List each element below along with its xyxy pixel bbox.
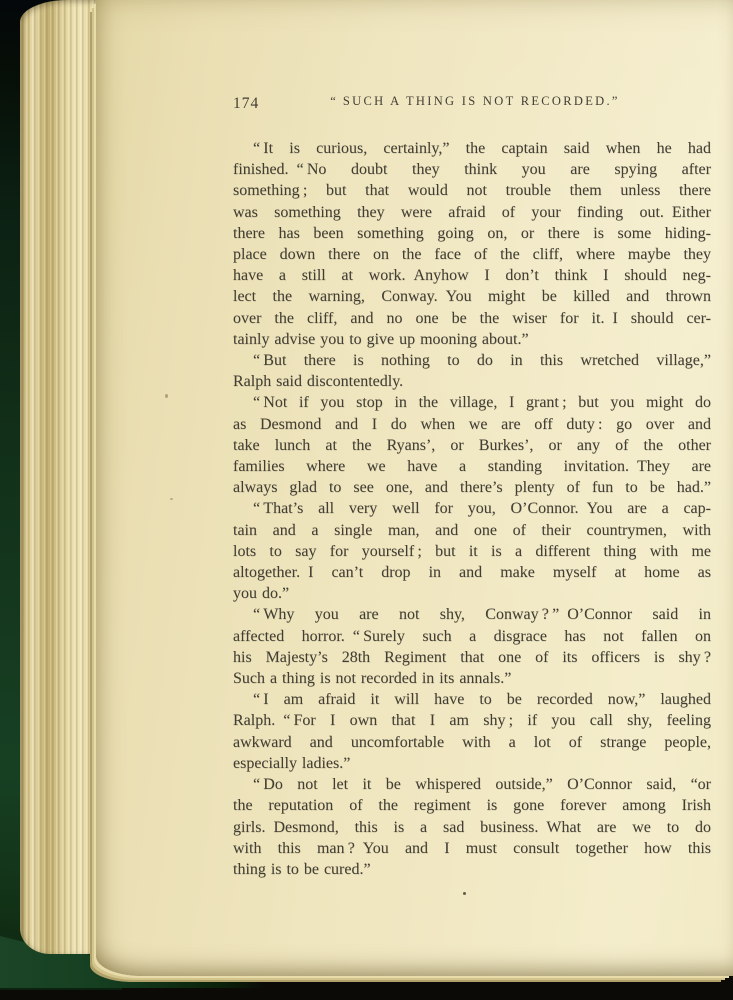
text-line: Ralph. “ For I own that I am shy ; if yo… (233, 710, 711, 731)
text-line: “ Do not let it be whispered outside,” O… (233, 774, 711, 795)
page-edges-stack (20, 0, 102, 954)
text-line: as Desmond and I do when we are off duty… (233, 414, 711, 435)
page-header: 174 “ SUCH A THING IS NOT RECORDED.” (233, 94, 711, 114)
text-line: with this man ? You and I must consult t… (233, 838, 711, 859)
text-line: always glad to see one, and there’s plen… (233, 477, 711, 498)
text-line: affected horror. “ Surely such a disgrac… (233, 626, 711, 647)
text-line: thing is to be cured.” (233, 859, 711, 880)
ink-speck (170, 498, 173, 500)
text-line: his Majesty’s 28th Regiment that one of … (233, 647, 711, 668)
book-photo: 174 “ SUCH A THING IS NOT RECORDED.” “ I… (0, 0, 733, 1000)
page-number: 174 (233, 95, 259, 113)
text-line: there has been something going on, or th… (233, 223, 711, 244)
page-text: “ It is curious, certainly,” the captain… (233, 138, 711, 880)
ink-speck (165, 394, 168, 398)
text-line: lots to say for yourself ; but it is a d… (233, 541, 711, 562)
text-line: you do.” (233, 583, 711, 604)
text-line: the reputation of the regiment is gone f… (233, 795, 711, 816)
text-line: place down there on the face of the clif… (233, 244, 711, 265)
text-line: tain and a single man, and one of their … (233, 520, 711, 541)
running-header: “ SUCH A THING IS NOT RECORDED.” (233, 94, 711, 109)
text-line: altogether. I can’t drop in and make mys… (233, 562, 711, 583)
text-line: over the cliff, and no one be the wiser … (233, 308, 711, 329)
text-line: something ; but that would not trouble t… (233, 180, 711, 201)
text-line: “ But there is nothing to do in this wre… (233, 350, 711, 371)
text-line: have a still at work. Anyhow I don’t thi… (233, 265, 711, 286)
text-line: was something they were afraid of your f… (233, 202, 711, 223)
text-line: “ Not if you stop in the village, I gran… (233, 392, 711, 413)
text-line: families where we have a standing invita… (233, 456, 711, 477)
printed-text-block: 174 “ SUCH A THING IS NOT RECORDED.” “ I… (233, 94, 711, 880)
text-line: finished. “ No doubt they think you are … (233, 159, 711, 180)
ink-speck (463, 892, 466, 895)
text-line: take lunch at the Ryans’, or Burkes’, or… (233, 435, 711, 456)
text-line: “ That’s all very well for you, O’Connor… (233, 498, 711, 519)
text-line: especially ladies.” (233, 753, 711, 774)
text-line: Ralph said discontentedly. (233, 371, 711, 392)
text-line: awkward and uncomfortable with a lot of … (233, 732, 711, 753)
text-line: Such a thing is not recorded in its anna… (233, 668, 711, 689)
text-line: lect the warning, Conway. You might be k… (233, 286, 711, 307)
text-line: “ Why you are not shy, Conway ? ” O’Conn… (233, 604, 711, 625)
text-line: girls. Desmond, this is a sad business. … (233, 817, 711, 838)
text-line: “ I am afraid it will have to be recorde… (233, 689, 711, 710)
text-line: “ It is curious, certainly,” the captain… (233, 138, 711, 159)
text-line: tainly advise you to give up mooning abo… (233, 329, 711, 350)
